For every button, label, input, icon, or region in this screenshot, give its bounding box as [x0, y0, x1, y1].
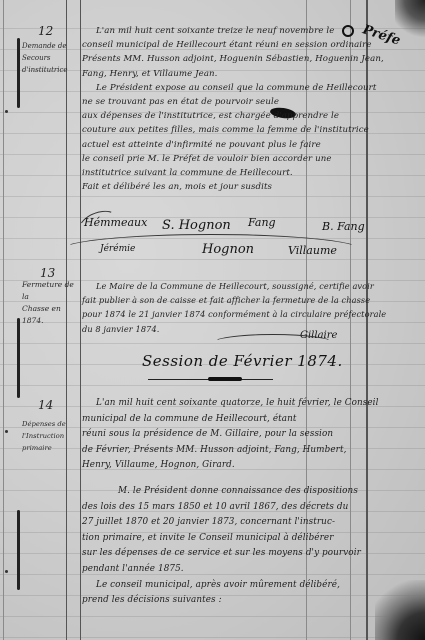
margin-line: Secours [22, 52, 78, 64]
entry-text: L'an mil huit cent soixante treize le ne… [82, 24, 417, 194]
text-line: pendant l'année 1875. [82, 562, 417, 578]
text-line: Le conseil municipal, après avoir mûreme… [82, 578, 417, 594]
text-line: 27 juillet 1870 et 20 janvier 1873, conc… [82, 515, 417, 531]
text-line: municipal de la commune de Heillecourt, … [82, 412, 417, 428]
margin-bracket [17, 510, 20, 590]
heading-underline-accent [208, 377, 242, 381]
margin-line: Demande de [22, 40, 78, 52]
margin-bracket [17, 38, 20, 108]
text-line: conseil municipal de Heillecourt étant r… [82, 38, 417, 52]
text-line: Fait et délibéré les an, mois et jour su… [82, 180, 417, 194]
text-line: institutrice suivant la commune de Heill… [82, 166, 417, 180]
text-line: pour 1874 le 21 janvier 1874 conformémen… [82, 307, 417, 321]
text-line: Présents MM. Husson adjoint, Hoguenin Sé… [82, 52, 417, 66]
margin-line: Fermeture de la [22, 279, 78, 303]
signature: S. Hognon [162, 218, 231, 233]
margin-line: Chasse en 1874. [22, 303, 78, 327]
text-line: Le Maire de la Commune de Heillecourt, s… [82, 279, 417, 293]
text-line: réuni sous la présidence de M. Gillaire,… [82, 427, 417, 443]
entry-number: 12 [38, 24, 53, 38]
text-line: actuel est atteinte d'infirmité ne pouva… [82, 138, 417, 152]
text-line: prend les décisions suivantes : [82, 593, 417, 609]
text-line: Henry, Villaume, Hognon, Girard. [82, 458, 417, 474]
signature: Fang [248, 216, 276, 229]
margin-note: Demande de Secours d'institutrice [22, 40, 78, 76]
signature-flourish [212, 334, 334, 352]
session-heading: Session de Février 1874. [142, 352, 343, 370]
margin-mark [5, 430, 8, 433]
text-line: Le Président expose au conseil que la co… [82, 81, 417, 95]
entry-text: Le Maire de la Commune de Heillecourt, s… [82, 279, 417, 336]
entry-text: L'an mil huit cent soixante quatorze, le… [82, 396, 417, 609]
entry-number: 13 [40, 266, 55, 280]
text-line: des lois des 15 mars 1850 et 10 avril 18… [82, 500, 417, 516]
margin-line: Dépenses de [22, 418, 78, 430]
margin-bracket [17, 318, 20, 398]
margin-note: Dépenses de l'Instruction primaire [22, 418, 78, 454]
text-line: M. le Président donne connaissance des d… [82, 484, 417, 500]
signature: Hognon [202, 242, 254, 257]
text-line: tion primaire, et invite le Conseil muni… [82, 531, 417, 547]
signature: Hémmeaux [84, 216, 147, 229]
text-line: de Février, Présents MM. Husson adjoint,… [82, 443, 417, 459]
margin-mark [5, 110, 8, 113]
text-line: couture aux petites filles, mais comme l… [82, 123, 417, 137]
signature: Jérémie [100, 244, 135, 254]
text-line: sur les dépenses de ce service et sur le… [82, 546, 417, 562]
margin-mark [5, 570, 8, 573]
margin-note: Fermeture de la Chasse en 1874. [22, 279, 78, 327]
text-line: ne se trouvant pas en état de pourvoir s… [82, 95, 417, 109]
entry-number: 14 [38, 398, 53, 412]
text-line: Fang, Henry, et Villaume Jean. [82, 67, 417, 81]
text-line: aux dépenses de l'institutrice, est char… [82, 109, 417, 123]
text-margin-rule [80, 0, 81, 640]
margin-line: d'institutrice [22, 64, 78, 76]
signature: B. Fang [322, 220, 365, 233]
text-line: L'an mil huit cent soixante treize le ne… [82, 24, 417, 38]
text-line: le conseil prie M. le Préfet de vouloir … [82, 152, 417, 166]
signatures-block: Hémmeaux S. Hognon Fang B. Fang Jérémie … [70, 214, 370, 270]
register-page: Préfe 12 Demande de Secours d'institutri… [0, 0, 425, 640]
column-rule [3, 0, 4, 640]
text-line: fait publier à son de caisse et fait aff… [82, 293, 417, 307]
signature: Villaume [288, 244, 337, 257]
text-line: L'an mil huit cent soixante quatorze, le… [82, 396, 417, 412]
margin-line: l'Instruction primaire [22, 430, 78, 454]
